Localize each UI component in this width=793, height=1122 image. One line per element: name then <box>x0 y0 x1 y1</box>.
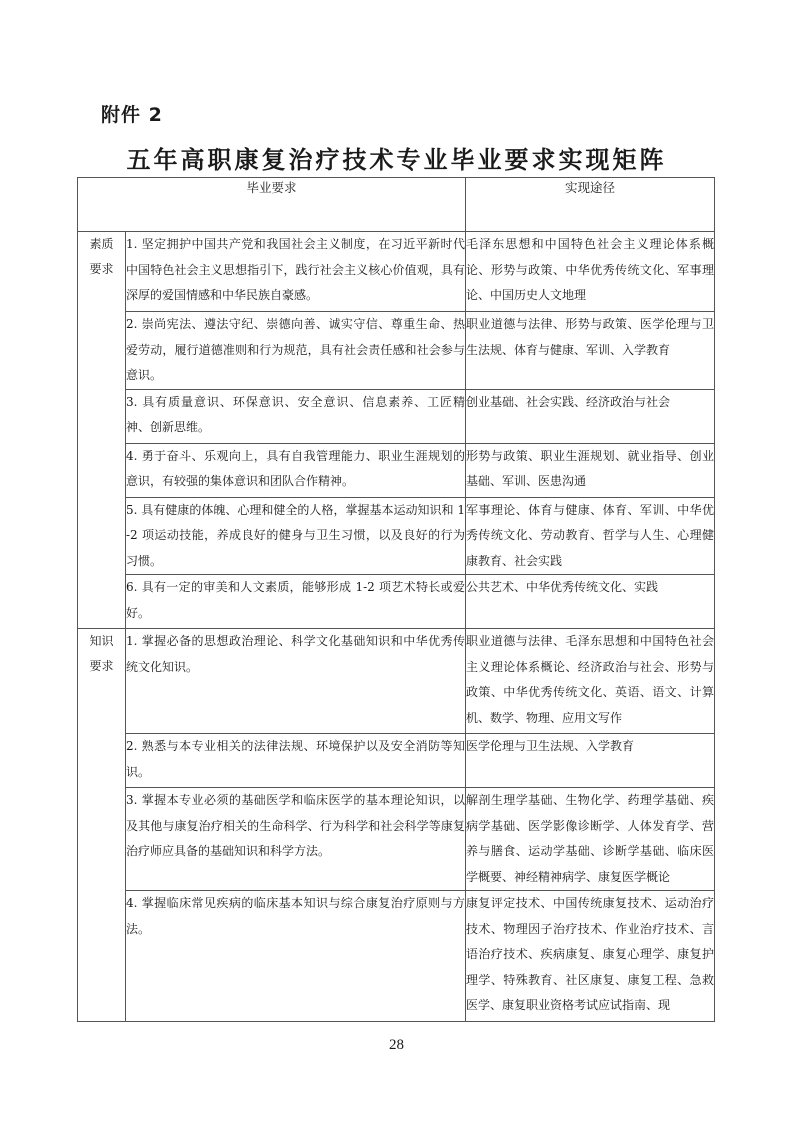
requirement-cell: 4. 掌握临床常见疾病的临床基本知识与综合康复治疗原则与方法。 <box>126 891 466 1022</box>
pathway-cell: 职业道德与法律、形势与政策、医学伦理与卫生法规、体育与健康、军训、入学教育 <box>466 312 715 390</box>
header-requirement: 毕业要求 <box>78 178 466 232</box>
page-number: 28 <box>0 1037 793 1054</box>
table-row: 2. 崇尚宪法、遵法守纪、崇德向善、诚实守信、尊重生命、热爱劳动，履行道德准则和… <box>78 312 715 390</box>
table-row: 4. 掌握临床常见疾病的临床基本知识与综合康复治疗原则与方法。康复评定技术、中国… <box>78 891 715 1022</box>
category-label: 素质 要求 <box>89 237 113 276</box>
pathway-cell: 毛泽东思想和中国特色社会主义理论体系概论、形势与政策、中华优秀传统文化、军事理论… <box>466 232 715 312</box>
category-label: 知识 要求 <box>89 634 113 673</box>
table-row: 5. 具有健康的体魄、心理和健全的人格，掌握基本运动知识和 1-2 项运动技能，… <box>78 497 715 575</box>
table-row: 6. 具有一定的审美和人文素质，能够形成 1-2 项艺术特长或爱好。公共艺术、中… <box>78 575 715 629</box>
requirement-cell: 3. 掌握本专业必须的基础医学和临床医学的基本理论知识，以及其他与康复治疗相关的… <box>126 788 466 891</box>
pathway-cell: 解剖生理学基础、生物化学、药理学基础、疾病学基础、医学影像诊断学、人体发育学、营… <box>466 788 715 891</box>
pathway-cell: 创业基础、社会实践、经济政治与社会 <box>466 389 715 443</box>
table-row: 3. 掌握本专业必须的基础医学和临床医学的基本理论知识，以及其他与康复治疗相关的… <box>78 788 715 891</box>
pathway-cell: 康复评定技术、中国传统康复技术、运动治疗技术、物理因子治疗技术、作业治疗技术、言… <box>466 891 715 1022</box>
requirement-cell: 1. 坚定拥护中国共产党和我国社会主义制度，在习近平新时代中国特色社会主义思想指… <box>126 232 466 312</box>
page-title: 五年高职康复治疗技术专业毕业要求实现矩阵 <box>0 140 793 175</box>
requirement-cell: 3. 具有质量意识、环保意识、安全意识、信息素养、工匠精神、创新思维。 <box>126 389 466 443</box>
table-row: 素质 要求1. 坚定拥护中国共产党和我国社会主义制度，在习近平新时代中国特色社会… <box>78 232 715 312</box>
table-row: 3. 具有质量意识、环保意识、安全意识、信息素养、工匠精神、创新思维。创业基础、… <box>78 389 715 443</box>
requirement-cell: 2. 熟悉与本专业相关的法律法规、环境保护以及安全消防等知识。 <box>126 734 466 788</box>
category-cell: 素质 要求 <box>78 232 126 629</box>
attachment-label: 附件 2 <box>101 100 163 127</box>
pathway-cell: 医学伦理与卫生法规、入学教育 <box>466 734 715 788</box>
requirement-cell: 1. 掌握必备的思想政治理论、科学文化基础知识和中华优秀传统文化知识。 <box>126 629 466 734</box>
requirement-cell: 2. 崇尚宪法、遵法守纪、崇德向善、诚实守信、尊重生命、热爱劳动，履行道德准则和… <box>126 312 466 390</box>
table-row: 2. 熟悉与本专业相关的法律法规、环境保护以及安全消防等知识。医学伦理与卫生法规… <box>78 734 715 788</box>
table-row: 4. 勇于奋斗、乐观向上，具有自我管理能力、职业生涯规划的意识，有较强的集体意识… <box>78 443 715 497</box>
requirement-cell: 5. 具有健康的体魄、心理和健全的人格，掌握基本运动知识和 1-2 项运动技能，… <box>126 497 466 575</box>
requirement-cell: 4. 勇于奋斗、乐观向上，具有自我管理能力、职业生涯规划的意识，有较强的集体意识… <box>126 443 466 497</box>
pathway-cell: 职业道德与法律、毛泽东思想和中国特色社会主义理论体系概论、经济政治与社会、形势与… <box>466 629 715 734</box>
pathway-cell: 军事理论、体育与健康、体育、军训、中华优秀传统文化、劳动教育、哲学与人生、心理健… <box>466 497 715 575</box>
table-header-row: 毕业要求 实现途径 <box>78 178 715 232</box>
table-body: 素质 要求1. 坚定拥护中国共产党和我国社会主义制度，在习近平新时代中国特色社会… <box>78 232 715 1022</box>
header-pathway: 实现途径 <box>466 178 715 232</box>
requirements-matrix-table: 毕业要求 实现途径 素质 要求1. 坚定拥护中国共产党和我国社会主义制度，在习近… <box>77 177 715 1022</box>
table-row: 知识 要求1. 掌握必备的思想政治理论、科学文化基础知识和中华优秀传统文化知识。… <box>78 629 715 734</box>
category-cell: 知识 要求 <box>78 629 126 1022</box>
requirement-cell: 6. 具有一定的审美和人文素质，能够形成 1-2 项艺术特长或爱好。 <box>126 575 466 629</box>
pathway-cell: 形势与政策、职业生涯规划、就业指导、创业基础、军训、医患沟通 <box>466 443 715 497</box>
pathway-cell: 公共艺术、中华优秀传统文化、实践 <box>466 575 715 629</box>
